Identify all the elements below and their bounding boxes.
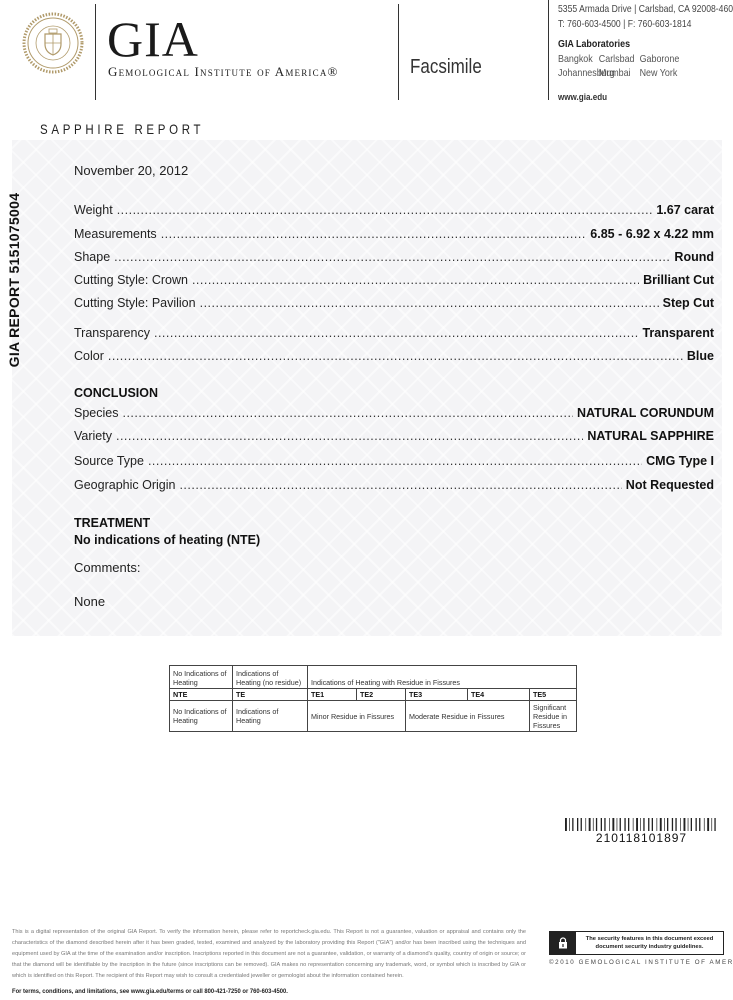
terms-text: For terms, conditions, and limitations, … — [12, 988, 288, 995]
labs-list: Bangkok Carlsbad Gaborone Johannesburg M… — [558, 52, 680, 80]
property-value: Brilliant Cut — [643, 273, 714, 287]
property-label: Transparency — [74, 326, 150, 340]
table-cell: Indications of Heating — [233, 701, 308, 732]
table-cell: NTE — [170, 689, 233, 701]
conclusion-value: NATURAL SAPPHIRE — [587, 429, 714, 443]
property-label: Cutting Style: Pavilion — [74, 296, 196, 310]
lab-location: Bangkok — [558, 52, 599, 66]
property-value: Round — [674, 250, 714, 264]
gia-full-name: Gemological Institute of America® — [108, 64, 339, 80]
leader-dots — [148, 454, 642, 468]
labs-title: GIA Laboratories — [558, 38, 630, 50]
address: 5355 Armada Drive | Carlsbad, CA 92008-4… — [558, 2, 733, 32]
leader-dots — [154, 326, 638, 340]
leader-dots — [108, 349, 683, 363]
table-cell: TE1 — [308, 689, 357, 701]
header-divider — [398, 4, 399, 100]
table-cell: Indications of Heating with Residue in F… — [308, 666, 577, 689]
comments-value: None — [74, 594, 105, 609]
lab-location: Johannesburg — [558, 66, 599, 80]
leader-dots — [192, 273, 639, 287]
leader-dots — [179, 478, 621, 492]
table-cell: Moderate Residue in Fissures — [406, 701, 530, 732]
lab-location: Gaborone — [640, 52, 681, 66]
comments-label: Comments: — [74, 560, 140, 575]
property-row-transparency: TransparencyTransparent — [74, 326, 714, 340]
leader-dots — [116, 429, 583, 443]
property-value: Blue — [687, 349, 714, 363]
table-cell: TE3 — [406, 689, 468, 701]
leader-dots — [161, 227, 587, 241]
security-line: document security industry guidelines. — [576, 943, 723, 951]
lock-icon — [550, 932, 576, 954]
security-notice: The security features in this document e… — [549, 931, 724, 955]
conclusion-value: NATURAL CORUNDUM — [577, 406, 714, 420]
table-cell: TE2 — [357, 689, 406, 701]
property-value: Transparent — [642, 326, 714, 340]
gia-logo-text: GIA — [107, 14, 199, 64]
property-label: Cutting Style: Crown — [74, 273, 188, 287]
property-value: Step Cut — [663, 296, 714, 310]
leader-dots — [117, 203, 653, 217]
table-cell: Significant Residue in Fissures — [530, 701, 577, 732]
barcode-number: 210118101897 — [565, 831, 718, 845]
report-date: November 20, 2012 — [74, 163, 188, 178]
table-header-row: No Indications of Heating Indications of… — [170, 666, 577, 689]
report-title: SAPPHIRE REPORT — [40, 121, 204, 137]
property-label: Shape — [74, 250, 110, 264]
property-row-measurements: Measurements6.85 - 6.92 x 4.22 mm — [74, 227, 714, 241]
table-cell: TE — [233, 689, 308, 701]
property-row-crown: Cutting Style: CrownBrilliant Cut — [74, 273, 714, 287]
header-divider — [548, 0, 549, 100]
table-cell: TE5 — [530, 689, 577, 701]
treatment-value: No indications of heating (NTE) — [74, 533, 260, 547]
property-value: 1.67 carat — [656, 203, 714, 217]
property-value: 6.85 - 6.92 x 4.22 mm — [590, 227, 714, 241]
security-line: The security features in this document e… — [576, 935, 723, 943]
conclusion-value: CMG Type I — [646, 454, 714, 468]
conclusion-label: Variety — [74, 429, 112, 443]
table-cell: Indications of Heating (no residue) — [233, 666, 308, 689]
facsimile-label: Facsimile — [410, 56, 482, 79]
table-cell: Minor Residue in Fissures — [308, 701, 406, 732]
security-text: The security features in this document e… — [576, 932, 723, 954]
gia-seal-icon — [22, 12, 84, 74]
website-link[interactable]: www.gia.edu — [558, 92, 607, 103]
leader-dots — [114, 250, 670, 264]
treatment-scale-table: No Indications of Heating Indications of… — [169, 665, 577, 732]
treatment-heading: TREATMENT — [74, 516, 150, 530]
table-cell: No Indications of Heating — [170, 701, 233, 732]
table-cell: No Indications of Heating — [170, 666, 233, 689]
conclusion-row-variety: VarietyNATURAL SAPPHIRE — [74, 429, 714, 443]
lab-location: Mumbai — [599, 66, 640, 80]
property-label: Measurements — [74, 227, 157, 241]
leader-dots — [200, 296, 659, 310]
property-row-color: ColorBlue — [74, 349, 714, 363]
table-description-row: No Indications of Heating Indications of… — [170, 701, 577, 732]
lab-location: Carlsbad — [599, 52, 640, 66]
leader-dots — [122, 406, 572, 420]
property-label: Weight — [74, 203, 113, 217]
property-row-pavilion: Cutting Style: PavilionStep Cut — [74, 296, 714, 310]
conclusion-row-source-type: Source TypeCMG Type I — [74, 454, 714, 468]
table-cell: TE4 — [468, 689, 530, 701]
conclusion-label: Species — [74, 406, 118, 420]
copyright: ©2010 GEMOLOGICAL INSTITUTE OF AMERICA, … — [549, 959, 725, 966]
property-row-weight: Weight1.67 carat — [74, 203, 714, 217]
report-number: GIA REPORT 5151075004 — [6, 190, 22, 370]
barcode — [565, 818, 718, 831]
conclusion-row-origin: Geographic OriginNot Requested — [74, 478, 714, 492]
lab-location: New York — [640, 66, 681, 80]
conclusion-label: Geographic Origin — [74, 478, 175, 492]
property-row-shape: ShapeRound — [74, 250, 714, 264]
conclusion-row-species: SpeciesNATURAL CORUNDUM — [74, 406, 714, 420]
conclusion-label: Source Type — [74, 454, 144, 468]
phone-line: T: 760-603-4500 | F: 760-603-1814 — [558, 17, 733, 32]
header-divider — [95, 4, 96, 100]
conclusion-value: Not Requested — [626, 478, 714, 492]
conclusion-heading: CONCLUSION — [74, 386, 158, 400]
property-label: Color — [74, 349, 104, 363]
disclaimer-text: This is a digital representation of the … — [12, 927, 526, 982]
table-codes-row: NTE TE TE1 TE2 TE3 TE4 TE5 — [170, 689, 577, 701]
address-line: 5355 Armada Drive | Carlsbad, CA 92008-4… — [558, 2, 733, 17]
